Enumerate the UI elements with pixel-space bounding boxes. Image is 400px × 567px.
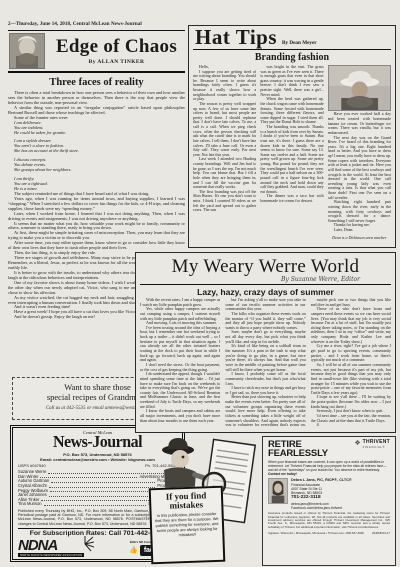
thrivent-ad-top: RETIRE FEARLESSLY ❖ THRIVENT FINANCIAL® [268, 440, 390, 458]
paragraph: Cry me a river, right? I've got a job wh… [311, 344, 391, 363]
hat-tips-headline: Branding fashion [193, 52, 391, 63]
thrivent-ad-copy: When your financial bases are covered, i… [268, 460, 390, 476]
paragraph: So, I will be at all of our summer commu… [311, 363, 391, 395]
paragraph: I know, I probably come off as the local… [225, 372, 305, 386]
dotted-leader [50, 491, 154, 492]
retire-line2: FEARLESSLY [268, 449, 328, 458]
paragraph: Last week I attended two Harding county … [193, 157, 256, 189]
weary-col-1: With the recent rains, I am a happy camp… [140, 298, 220, 426]
dotted-leader [49, 487, 156, 488]
mistakes-body: in this publication, please consider tha… [155, 512, 220, 539]
dotted-leader [41, 500, 159, 501]
mistakes-heading-line2: mistakes [154, 500, 218, 512]
ndna-logo: NDNA NORTH DAKOTA NEWSPAPER ASSOCIATION [18, 539, 84, 557]
paragraph: Have you ever worked half a day and been… [328, 112, 391, 135]
thrivent-fine-print: Insurance products issued or offered by … [268, 512, 390, 529]
paragraph: S. [311, 423, 391, 426]
thrivent-copy-3: You deserve to retire fearlessly. [334, 468, 380, 472]
paragraph: The season is pretty well wrapped up now… [193, 102, 256, 158]
retire-fearlessly-heading: RETIRE FEARLESSLY [268, 440, 328, 458]
article-headline: Three faces of reality [8, 77, 185, 88]
paragraph: Better than just showing up, volunteer t… [225, 395, 305, 426]
agent-info: Debra L Jans, FIC, RICP®, CLTC® Financia… [291, 478, 352, 510]
paragraph: It's kind of like being on a softball te… [225, 344, 305, 372]
newspaper-page: 2—Thursday, June 14, 2018, Central McLea… [0, 0, 400, 567]
thrivent-footer: Appleton, Wisconsin • Minneapolis, Minne… [268, 531, 390, 535]
agent-headshot-debra-jans [268, 478, 288, 504]
hat-tips-col-3: Have you ever worked half a day and been… [328, 65, 391, 241]
paragraph: When the herd was gathered up, the chuck… [260, 97, 323, 125]
columnist-photo-dean-meyer [328, 65, 391, 111]
weary-col-2: but I'm asking y'all to make sure you ta… [225, 298, 305, 426]
paragraph: There is often a total breakdown in how … [8, 91, 185, 106]
paragraph: Sure, maybe don't go to everything, mayb… [225, 330, 305, 344]
paragraph: Those of us who don't have boats and cam… [311, 307, 391, 344]
hat-tips-title: Hat Tips [195, 28, 277, 48]
dotted-leader [40, 477, 137, 478]
agent-phone: 701-222-3118 [291, 495, 352, 501]
paragraph: I hope to see y'all there – I'll be wait… [311, 395, 391, 409]
columnist-headshot-allan-tinker [9, 33, 45, 69]
paragraph: Later, Dean. [328, 228, 391, 233]
hat-tips-header: Hat Tips By Dean Meyer [193, 28, 391, 50]
weary-col-3: maybe pick one or two things that you li… [311, 298, 391, 426]
thumbs-up-icon: 👍 [129, 547, 138, 554]
column-byline: By ALLAN TINKER [49, 59, 184, 65]
hat-tips-byline: By Dean Meyer [282, 40, 317, 46]
staff-name: Tina Munson [18, 502, 42, 507]
weary-script-byline: By Suzanne Werre, Editor [250, 276, 391, 283]
thrivent-contact-row: Debra L Jans, FIC, RICP®, CLTC® Financia… [268, 478, 390, 510]
paragraph: The folks who organize these events work… [225, 312, 305, 331]
paragraph: The next day was on the Grand River. I'v… [328, 136, 391, 201]
paragraph: but I'm asking y'all to make sure you ta… [225, 298, 305, 312]
hat-tips-columns: Hello,I suppose you are getting tired of… [193, 65, 391, 241]
paragraph: Dean is a Dickinson area rancher [328, 236, 391, 241]
edge-of-chaos-header: Edge of Chaos By ALLAN TINKER [8, 30, 185, 73]
hat-tips-box: Hat Tips By Dean Meyer Branding fashion … [188, 25, 396, 248]
weary-columns: With the recent rains, I am a happy camp… [140, 298, 391, 426]
dotted-leader [44, 505, 147, 506]
hat-tips-col-1: Hello,I suppose you are getting tired of… [193, 65, 256, 241]
dotted-leader [51, 482, 155, 483]
paragraph: Yes, while other happy campers are actua… [140, 307, 220, 321]
mistakes-text-box: If you find mistakes in this publication… [149, 486, 226, 565]
thrivent-logo-icon: ❖ [354, 440, 360, 447]
starburst-icon [76, 536, 94, 557]
paragraph: I do understand the appeal, though. I wo… [140, 372, 220, 409]
paragraph: was bright in the east. The grass was as… [260, 65, 323, 97]
usps-number: USPS #047540 [18, 463, 46, 468]
weary-headline: Lazy, hazy, crazy days of summer [140, 284, 391, 297]
paragraph: Years ago, when I was running for items … [8, 197, 185, 212]
paragraph: I suppose you are getting tired of me wr… [193, 70, 256, 102]
dotted-leader [49, 496, 154, 497]
weary-title: My Weary Werre World [140, 257, 391, 276]
paragraph: The dinner was a taco bar with homemade … [260, 194, 323, 203]
paragraph: Watching eight hundred pair coming down … [328, 200, 391, 223]
thrivent-brand-sub: FINANCIAL® [363, 445, 390, 449]
hat-tips-col-2: was bright in the east. The grass was as… [260, 65, 323, 241]
thrivent-logo: ❖ THRIVENT FINANCIAL® [354, 440, 390, 458]
paragraph: I've been tossing around the idea of buy… [140, 326, 220, 363]
column-title: Edge of Chaos [49, 37, 184, 56]
page-folio: 2—Thursday, June 14, 2018, Central McLea… [8, 22, 185, 27]
agent-name: Debra L Jans, FIC, RICP®, CLTC® [291, 478, 352, 483]
mistakes-heading: If you find mistakes [154, 491, 219, 512]
weary-werre-world-box: My Weary Werre World By Suzanne Werre, E… [135, 252, 396, 433]
thrivent-ad-code: 29406B R4-17 [372, 531, 390, 535]
edge-of-chaos-titles: Edge of Chaos By ALLAN TINKER [49, 37, 184, 65]
ndna-wordmark: NDNA [18, 539, 84, 553]
thrivent-ad: RETIRE FEARLESSLY ❖ THRIVENT FINANCIAL® … [262, 436, 396, 566]
ndna-caption: NORTH DAKOTA NEWSPAPER ASSOCIATION [18, 553, 84, 557]
mistakes-house-ad: If you find mistakes in this publication… [148, 436, 260, 566]
agent-facebook: Facebook.com/debra.jans.thrivent [291, 506, 352, 510]
paragraph: The first branding was just off the Slim… [193, 190, 256, 213]
paragraph: I know the boats and campers and cabins … [140, 409, 220, 423]
thrivent-cta: Contact me today! [268, 472, 297, 476]
paragraph: The branding was smooth. Thanks to a bun… [260, 125, 323, 194]
thrivent-footer-line: Appleton, Wisconsin • Minneapolis, Minne… [268, 531, 364, 535]
paragraph: 'til next time – see you at the fair, th… [311, 414, 391, 423]
